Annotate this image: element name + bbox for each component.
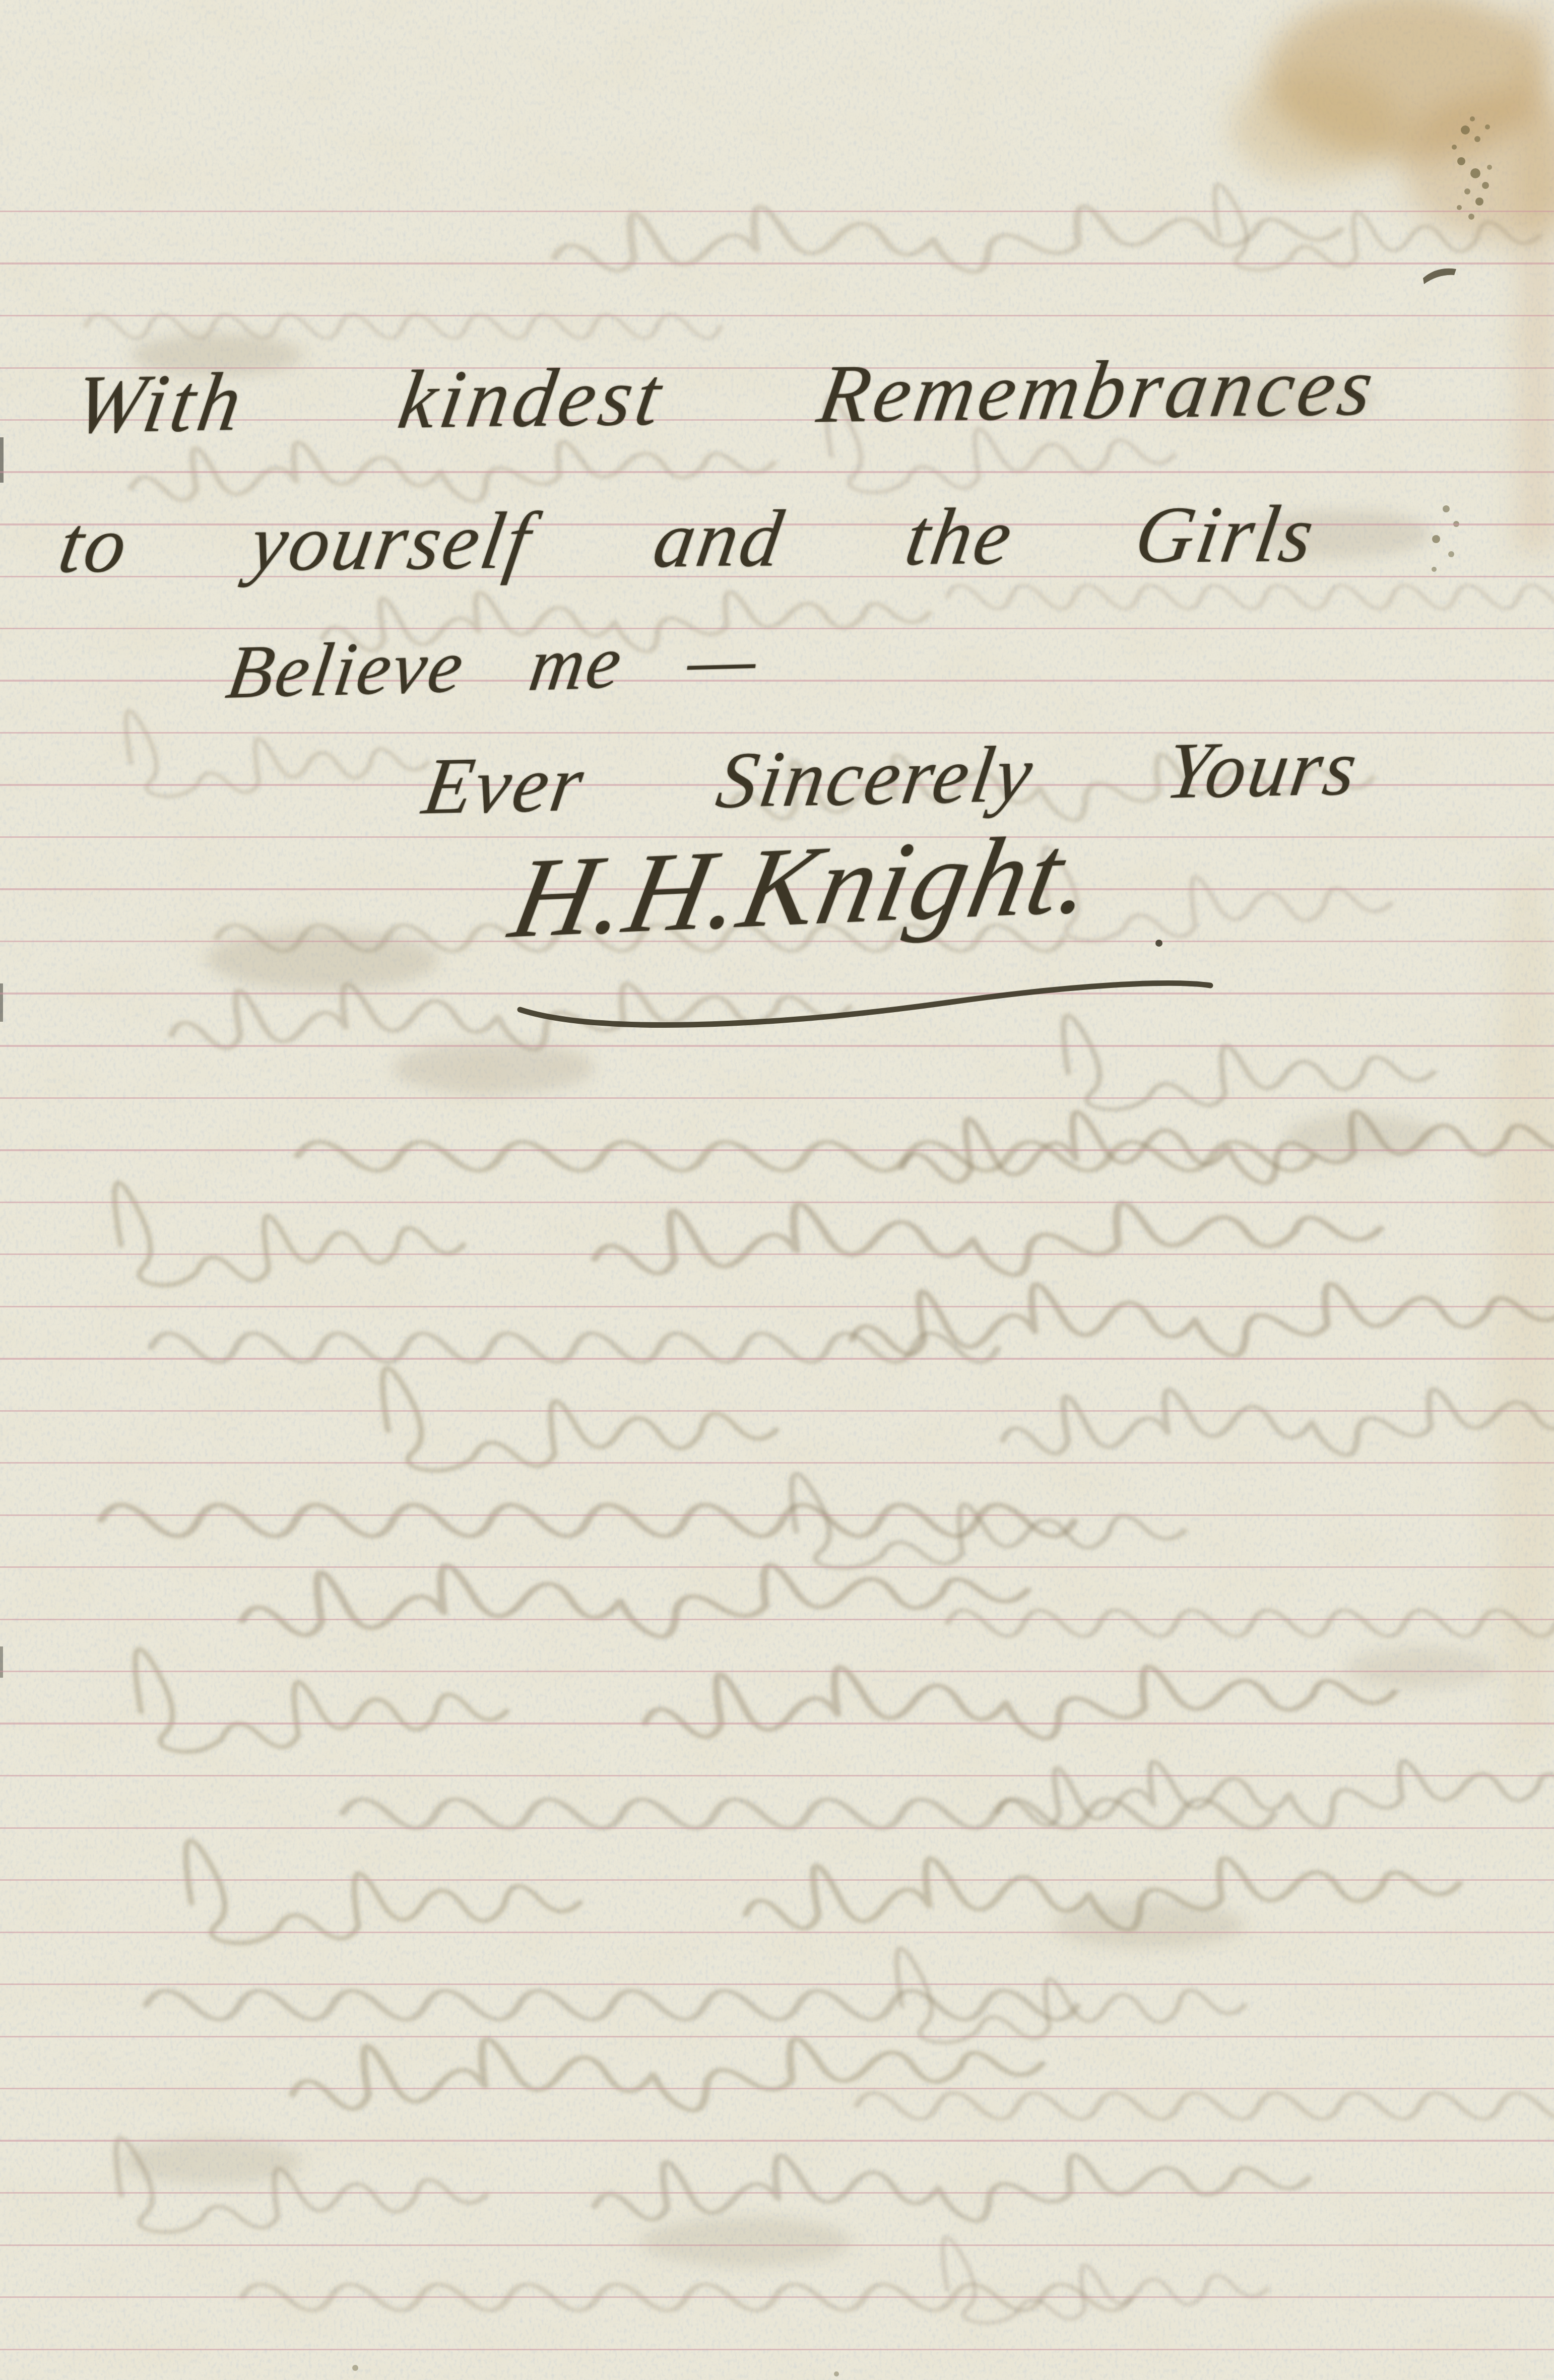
letter-line-1: With kindest Remembrances [68,339,1384,452]
signature: H.H.Knight. [501,807,1107,965]
letter-line-2: to yourself and the Girls [53,487,1323,591]
letter-line-3: Believe me — [221,615,764,716]
letter-page: With kindest Remembrances to yourself an… [0,0,1554,2380]
